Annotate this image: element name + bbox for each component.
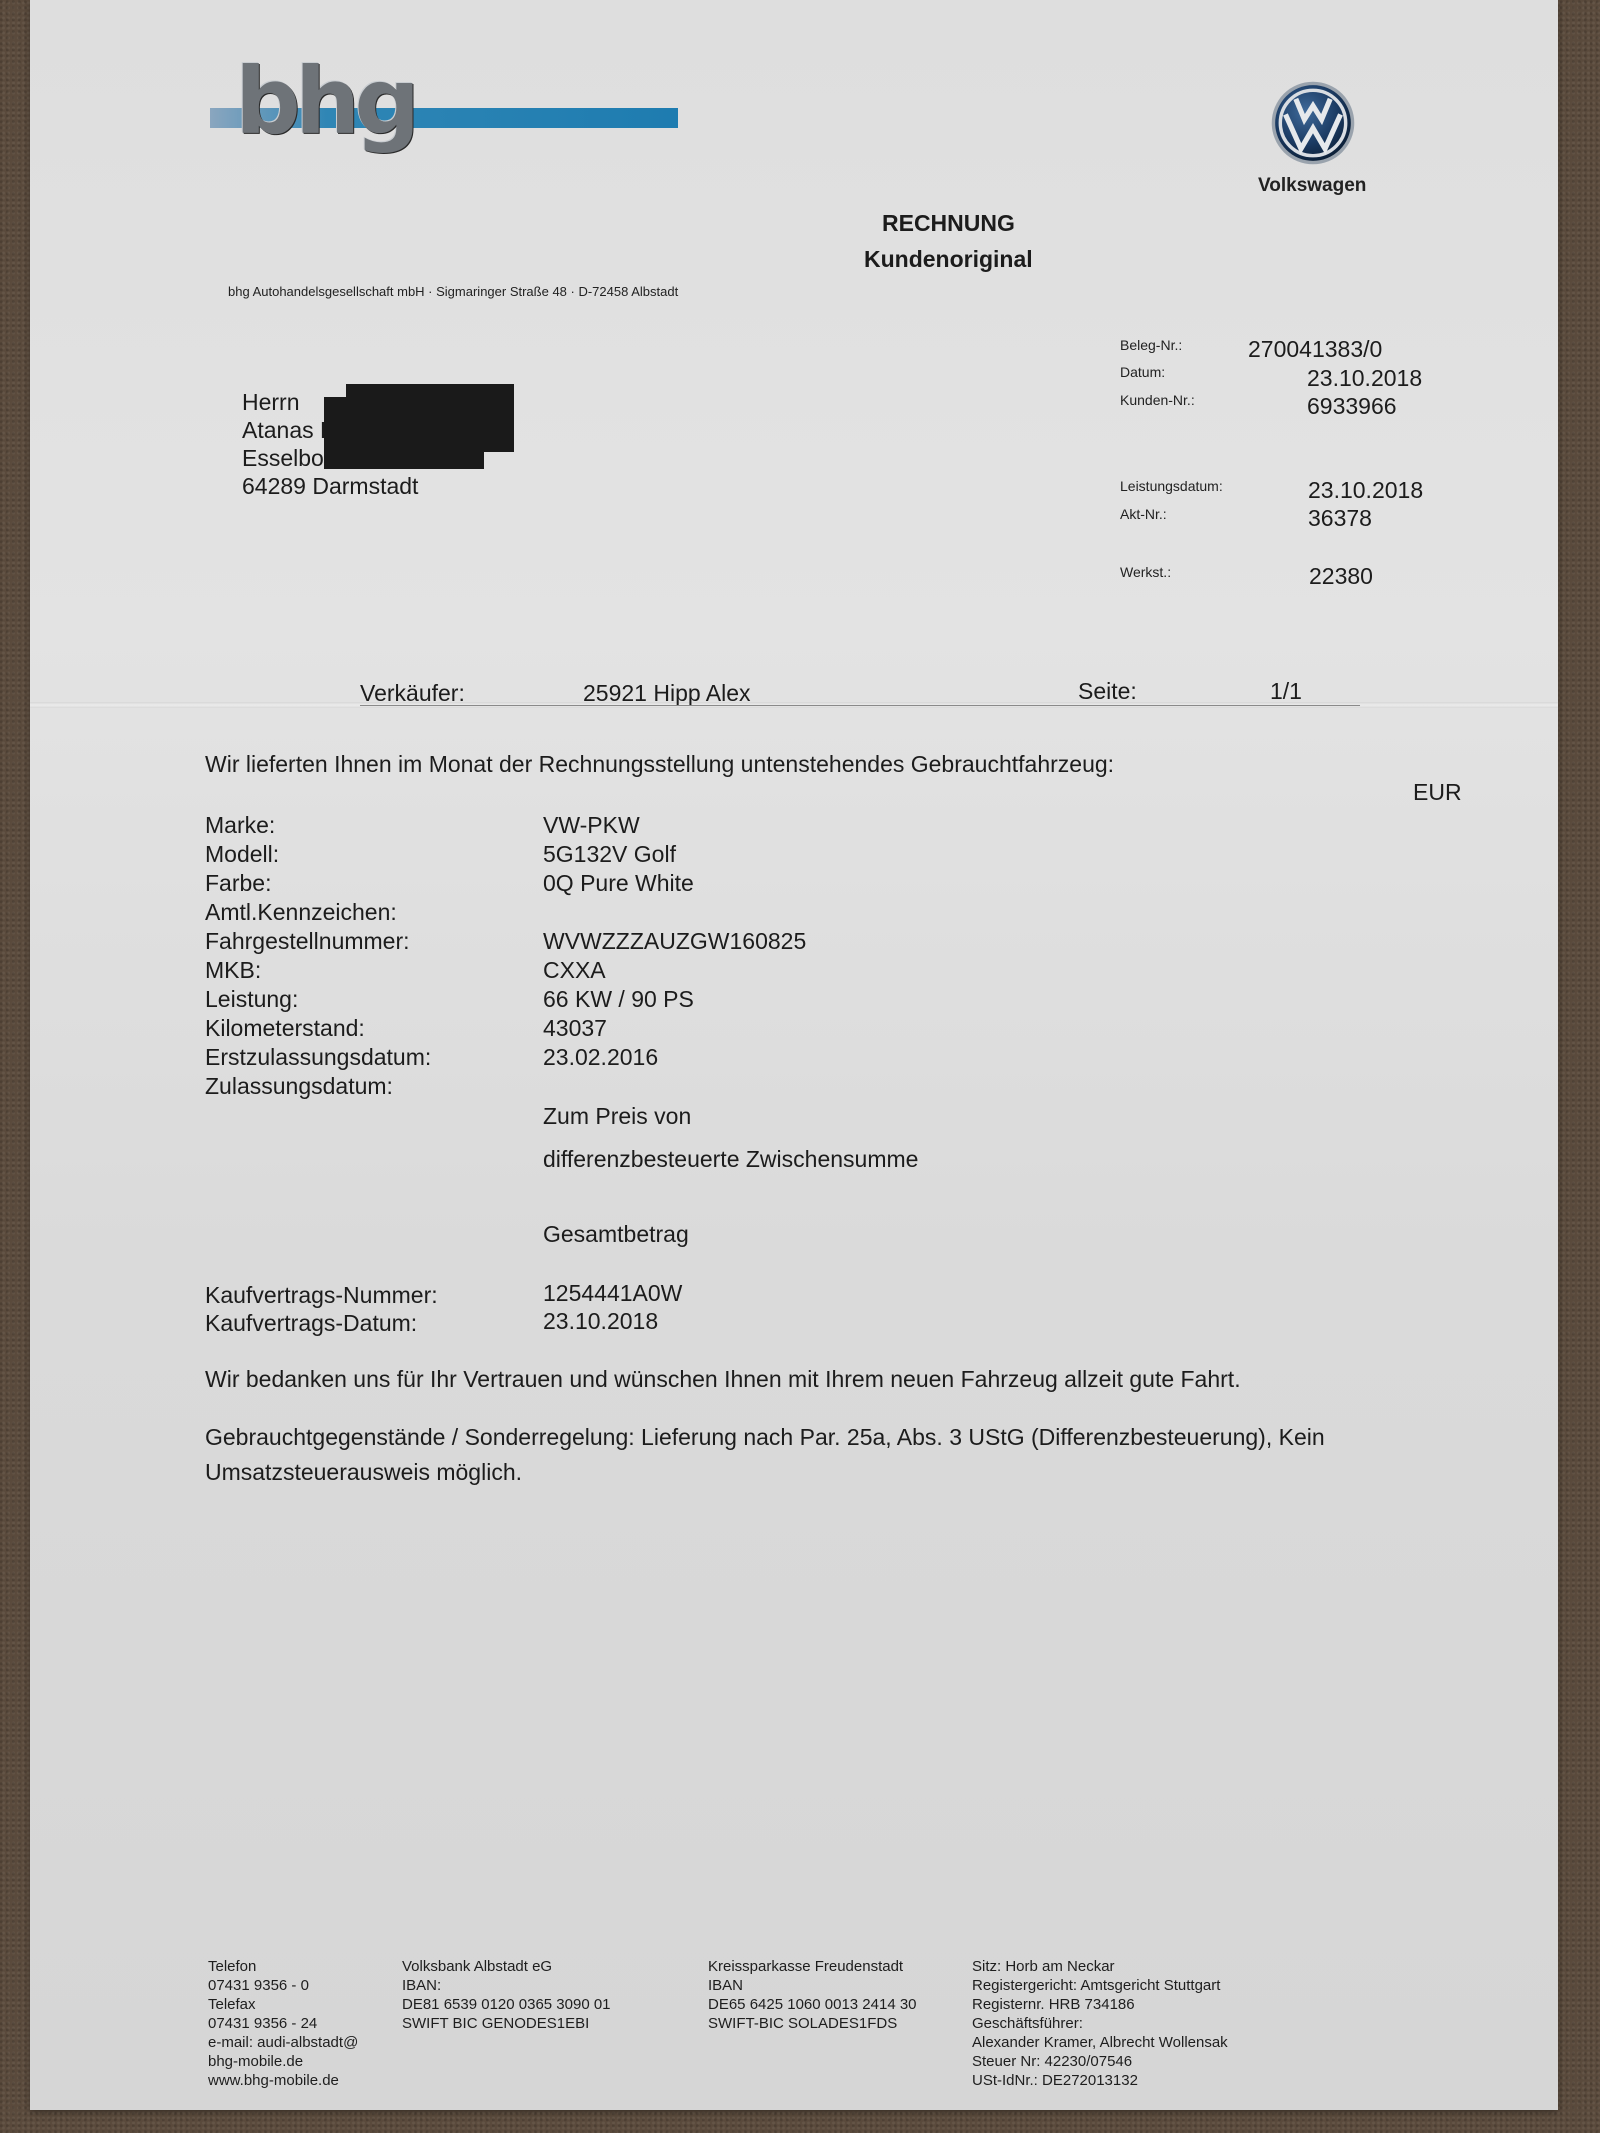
intro-text: Wir lieferten Ihnen im Monat der Rechnun… [205, 751, 1114, 778]
footer-line: Alexander Kramer, Albrecht Wollensak [972, 2033, 1228, 2052]
contract-number-value: 1254441A0W [543, 1280, 682, 1307]
seller-underline [360, 705, 1360, 706]
footer-iban: DE81 6539 0120 0365 3090 01 [402, 1995, 611, 2014]
volkswagen-logo-icon [1270, 80, 1356, 166]
meta-label-akt: Akt-Nr.: [1120, 506, 1167, 522]
spec-value-km: 43037 [543, 1015, 607, 1042]
spec-value-farbe: 0Q Pure White [543, 870, 694, 897]
footer-bank-kreissparkasse: Kreissparkasse Freudenstadt IBAN DE65 64… [708, 1957, 917, 2033]
footer-legal: Sitz: Horb am Neckar Registergericht: Am… [972, 1957, 1228, 2090]
footer-line: Geschäftsführer: [972, 2014, 1228, 2033]
subtotal-label: differenzbesteuerte Zwischensumme [543, 1146, 918, 1173]
footer-line: Telefax [208, 1995, 358, 2014]
company-address-line: bhg Autohandelsgesellschaft mbH · Sigmar… [228, 284, 678, 299]
meta-value-leistungsdatum: 23.10.2018 [1308, 477, 1423, 504]
seller-label: Verkäufer: [360, 680, 465, 707]
footer-line: Registernr. HRB 734186 [972, 1995, 1228, 2014]
spec-label: Kilometerstand: [205, 1015, 365, 1042]
footer-website: www.bhg-mobile.de [208, 2071, 358, 2090]
meta-label-beleg: Beleg-Nr.: [1120, 337, 1182, 353]
spec-value-vin: WVWZZZAUZGW160825 [543, 928, 806, 955]
bhg-logo: bhg [235, 56, 414, 148]
invoice-page: bhg bhg Autohandelsgesellschaft mbH · Si… [30, 0, 1558, 2110]
footer-email-domain: bhg-mobile.de [208, 2052, 358, 2071]
document-title: RECHNUNG [882, 210, 1015, 237]
brand-name: Volkswagen [1258, 175, 1366, 197]
tax-note-line2: Umsatzsteuerausweis möglich. [205, 1459, 522, 1486]
footer-line: Registergericht: Amtsgericht Stuttgart [972, 1976, 1228, 1995]
footer-line: IBAN: [402, 1976, 611, 1995]
spec-label: Erstzulassungsdatum: [205, 1044, 431, 1071]
total-label: Gesamtbetrag [543, 1221, 689, 1248]
recipient-city: 64289 Darmstadt [242, 472, 454, 500]
spec-label: Modell: [205, 841, 279, 868]
meta-value-kunden: 6933966 [1307, 393, 1397, 420]
footer-tax-number: Steuer Nr: 42230/07546 [972, 2052, 1228, 2071]
page-label: Seite: [1078, 678, 1137, 705]
footer-fax: 07431 9356 - 24 [208, 2014, 358, 2033]
footer-bic: SWIFT-BIC SOLADES1FDS [708, 2014, 917, 2033]
meta-value-werkst: 22380 [1309, 563, 1373, 590]
spec-label: Leistung: [205, 986, 298, 1013]
contract-date-value: 23.10.2018 [543, 1308, 658, 1335]
spec-value-marke: VW-PKW [543, 812, 640, 839]
spec-label: MKB: [205, 957, 261, 984]
spec-label: Fahrgestellnummer: [205, 928, 410, 955]
spec-label: Zulassungsdatum: [205, 1073, 393, 1100]
spec-label: Amtl.Kennzeichen: [205, 899, 397, 926]
footer-phone: 07431 9356 - 0 [208, 1976, 358, 1995]
spec-value-modell: 5G132V Golf [543, 841, 676, 868]
seller-value: 25921 Hipp Alex [583, 680, 751, 707]
footer-line: Volksbank Albstadt eG [402, 1957, 611, 1976]
redaction-block [324, 397, 484, 469]
meta-value-beleg: 270041383/0 [1248, 336, 1382, 363]
footer-line: Sitz: Horb am Neckar [972, 1957, 1228, 1976]
currency-label: EUR [1413, 779, 1462, 806]
meta-label-kunden: Kunden-Nr.: [1120, 392, 1195, 408]
contract-date-label: Kaufvertrags-Datum: [205, 1310, 417, 1337]
meta-value-datum: 23.10.2018 [1307, 365, 1422, 392]
footer-bank-volksbank: Volksbank Albstadt eG IBAN: DE81 6539 01… [402, 1957, 611, 2033]
footer-contact: Telefon 07431 9356 - 0 Telefax 07431 935… [208, 1957, 358, 2090]
meta-label-datum: Datum: [1120, 364, 1165, 380]
footer-bic: SWIFT BIC GENODES1EBI [402, 2014, 611, 2033]
document-subtitle: Kundenoriginal [864, 246, 1033, 273]
meta-label-leistungsdatum: Leistungsdatum: [1120, 478, 1223, 494]
contract-number-label: Kaufvertrags-Nummer: [205, 1282, 438, 1309]
footer-vat-id: USt-IdNr.: DE272013132 [972, 2071, 1228, 2090]
footer-line: Telefon [208, 1957, 358, 1976]
footer-iban: DE65 6425 1060 0013 2414 30 [708, 1995, 917, 2014]
spec-value-leistung: 66 KW / 90 PS [543, 986, 694, 1013]
spec-value-mkb: CXXA [543, 957, 606, 984]
meta-value-akt: 36378 [1308, 505, 1372, 532]
spec-label: Farbe: [205, 870, 271, 897]
spec-value-erstzulassung: 23.02.2016 [543, 1044, 658, 1071]
page-value: 1/1 [1270, 678, 1302, 705]
footer-email: e-mail: audi-albstadt@ [208, 2033, 358, 2052]
footer-line: Kreissparkasse Freudenstadt [708, 1957, 917, 1976]
footer-line: IBAN [708, 1976, 917, 1995]
thanks-text: Wir bedanken uns für Ihr Vertrauen und w… [205, 1366, 1241, 1393]
price-label: Zum Preis von [543, 1103, 691, 1130]
spec-label: Marke: [205, 812, 275, 839]
tax-note-line1: Gebrauchtgegenstände / Sonderregelung: L… [205, 1424, 1325, 1451]
meta-label-werkst: Werkst.: [1120, 564, 1171, 580]
